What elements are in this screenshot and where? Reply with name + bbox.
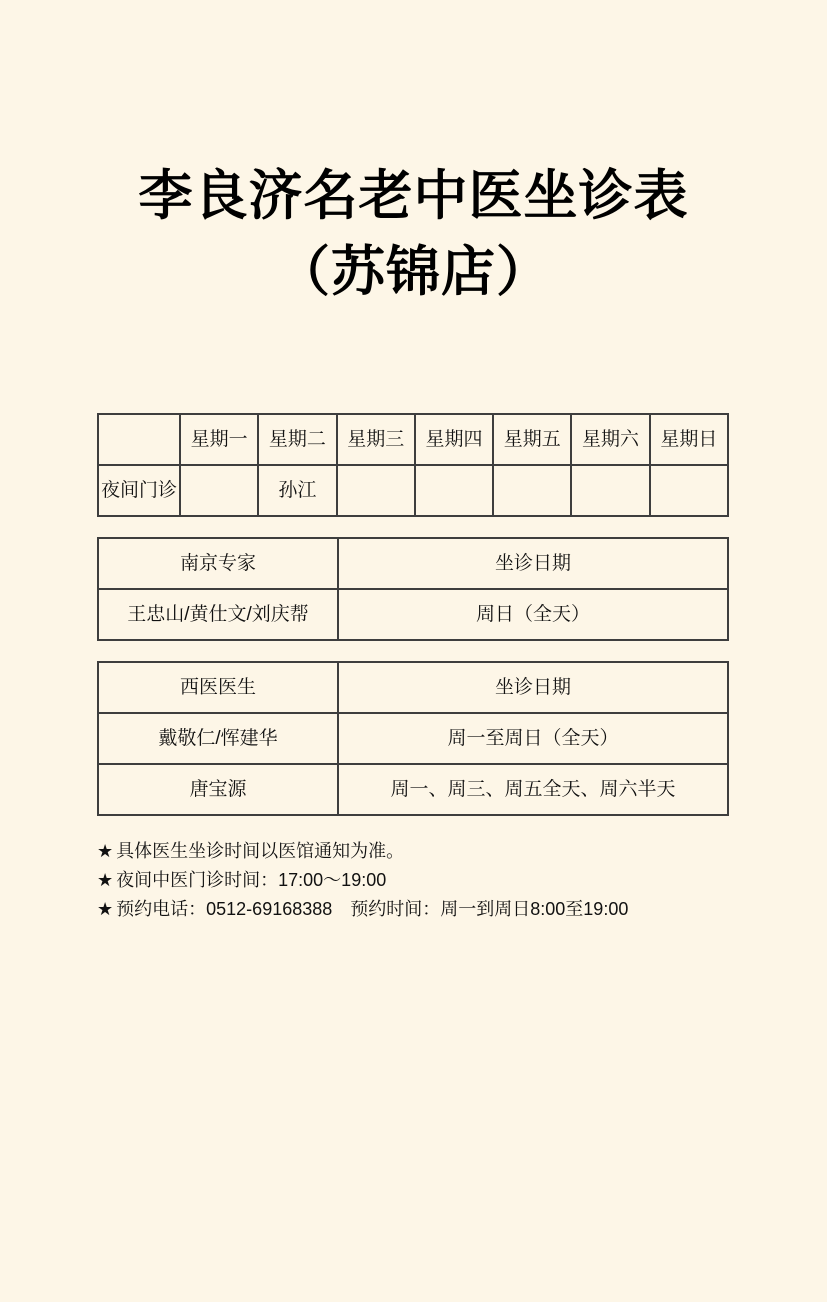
schedule-cell-monday — [180, 465, 258, 516]
table-header-row: 西医医生 坐诊日期 — [98, 662, 728, 713]
day-header-tuesday: 星期二 — [258, 414, 336, 465]
schedule-cell-saturday — [571, 465, 649, 516]
note-line: ★预约电话：0512-69168388 预约时间：周一到周日8:00至19:00 — [97, 895, 729, 924]
note-text: 夜间中医门诊时间：17:00～19:00 — [116, 870, 386, 890]
day-header-saturday: 星期六 — [571, 414, 649, 465]
title-line-1: 李良济名老中医坐诊表 — [139, 166, 689, 226]
nanjing-date-header: 坐诊日期 — [338, 538, 728, 589]
note-text: 预约电话：0512-69168388 预约时间：周一到周日8:00至19:00 — [116, 899, 628, 919]
note-line: ★夜间中医门诊时间：17:00～19:00 — [97, 866, 729, 895]
table-row: 戴敬仁/恽建华 周一至周日（全天） — [98, 713, 728, 764]
nanjing-experts-table: 南京专家 坐诊日期 王忠山/黄仕文/刘庆帮 周日（全天） — [97, 537, 729, 641]
title-line-2: （苏锦店） — [276, 242, 551, 302]
star-icon: ★ — [97, 870, 113, 890]
schedule-cell-wednesday — [337, 465, 415, 516]
western-doctor-header: 西医医生 — [98, 662, 338, 713]
star-icon: ★ — [97, 841, 113, 861]
western-date-header: 坐诊日期 — [338, 662, 728, 713]
doctor-names: 戴敬仁/恽建华 — [98, 713, 338, 764]
night-clinic-row-label: 夜间门诊 — [98, 465, 180, 516]
table-row: 王忠山/黄仕文/刘庆帮 周日（全天） — [98, 589, 728, 640]
day-header-monday: 星期一 — [180, 414, 258, 465]
western-doctors-table: 西医医生 坐诊日期 戴敬仁/恽建华 周一至周日（全天） 唐宝源 周一、周三、周五… — [97, 661, 729, 816]
schedule-cell-sunday — [650, 465, 728, 516]
star-icon: ★ — [97, 899, 113, 919]
schedule-value: 周日（全天） — [338, 589, 728, 640]
schedule-value: 周一至周日（全天） — [338, 713, 728, 764]
table-header-row: 星期一 星期二 星期三 星期四 星期五 星期六 星期日 — [98, 414, 728, 465]
table-header-row: 南京专家 坐诊日期 — [98, 538, 728, 589]
page-title: 李良济名老中医坐诊表 （苏锦店） — [0, 0, 827, 310]
nanjing-doctor-header: 南京专家 — [98, 538, 338, 589]
day-header-sunday: 星期日 — [650, 414, 728, 465]
doctor-names: 唐宝源 — [98, 764, 338, 815]
day-header-wednesday: 星期三 — [337, 414, 415, 465]
table-row: 夜间门诊 孙江 — [98, 465, 728, 516]
schedule-cell-tuesday: 孙江 — [258, 465, 336, 516]
day-header-friday: 星期五 — [493, 414, 571, 465]
footnotes: ★具体医生坐诊时间以医馆通知为准。 ★夜间中医门诊时间：17:00～19:00 … — [97, 837, 729, 924]
schedule-cell-thursday — [415, 465, 493, 516]
day-header-thursday: 星期四 — [415, 414, 493, 465]
content-area: 星期一 星期二 星期三 星期四 星期五 星期六 星期日 夜间门诊 孙江 — [97, 413, 729, 924]
note-text: 具体医生坐诊时间以医馆通知为准。 — [116, 841, 404, 861]
note-line: ★具体医生坐诊时间以医馆通知为准。 — [97, 837, 729, 866]
schedule-poster: 李良济名老中医坐诊表 （苏锦店） 星期一 星期二 星期三 星期四 星期五 星期六… — [0, 0, 827, 1302]
doctor-names: 王忠山/黄仕文/刘庆帮 — [98, 589, 338, 640]
table-row: 唐宝源 周一、周三、周五全天、周六半天 — [98, 764, 728, 815]
schedule-cell-friday — [493, 465, 571, 516]
schedule-value: 周一、周三、周五全天、周六半天 — [338, 764, 728, 815]
corner-cell — [98, 414, 180, 465]
night-clinic-table: 星期一 星期二 星期三 星期四 星期五 星期六 星期日 夜间门诊 孙江 — [97, 413, 729, 517]
